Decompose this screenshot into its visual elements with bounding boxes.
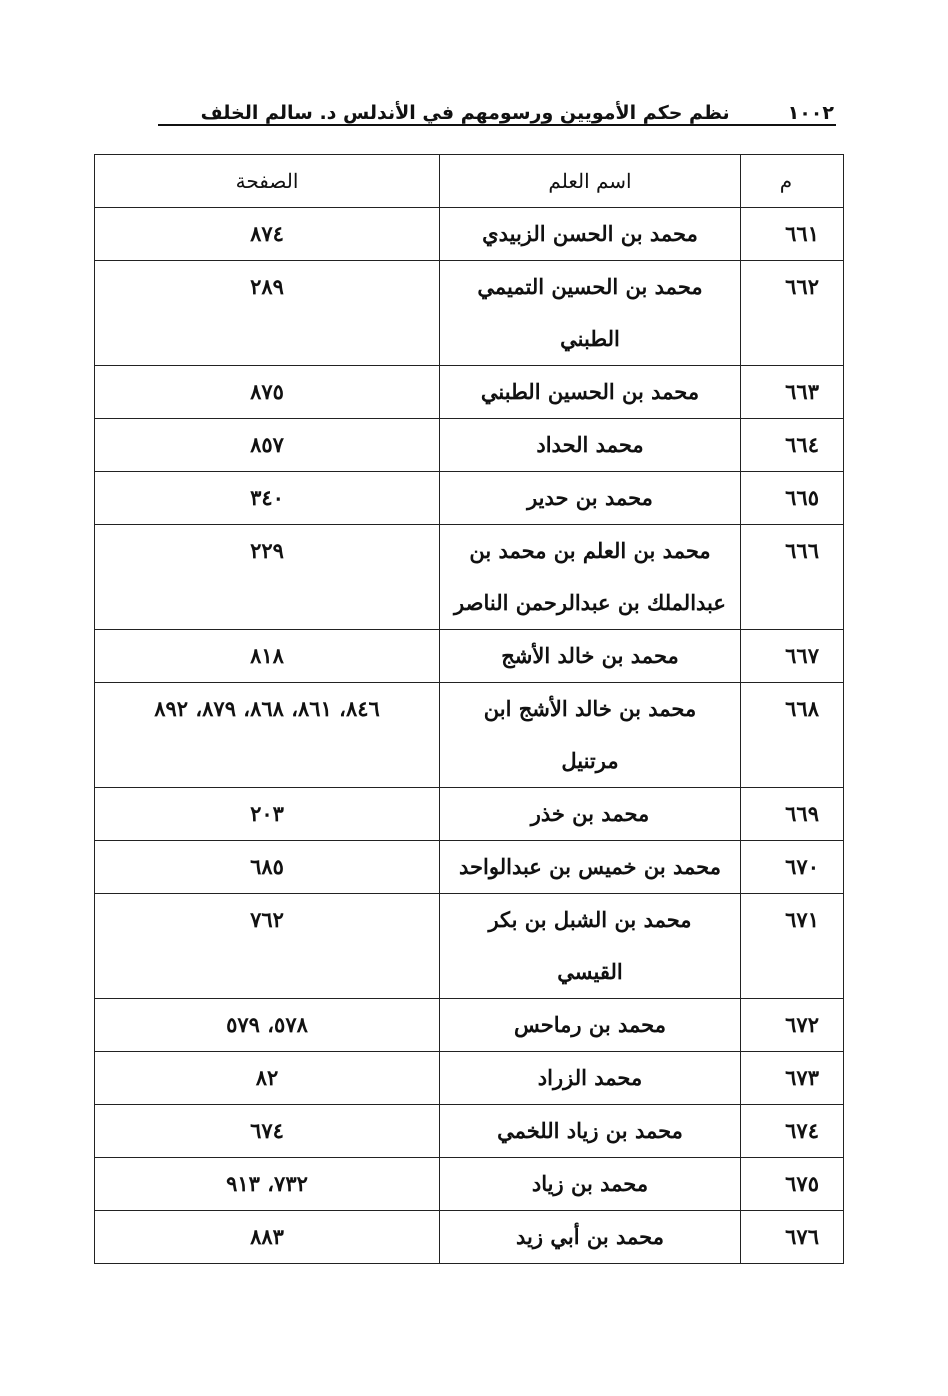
row-name: محمد بن الحسن الزبيدي [440, 208, 740, 260]
table-row: ٦٧٥محمد بن زياد٧٣٢، ٩١٣ [95, 1158, 844, 1211]
row-number: ٦٦٥ [741, 472, 831, 524]
row-name: محمد بن الحسين التميمي الطبني [440, 261, 740, 365]
row-name-cell: محمد بن زياد اللخمي [440, 1105, 741, 1158]
row-pages: ٨٢ [95, 1052, 439, 1104]
row-pages-cell: ٥٧٨، ٥٧٩ [95, 999, 440, 1052]
table-row: ٦٦٢محمد بن الحسين التميمي الطبني٢٨٩ [95, 261, 844, 366]
column-header-number: م [741, 155, 844, 208]
names-index-table: م اسم العلم الصفحة ٦٦١محمد بن الحسن الزب… [94, 154, 844, 1264]
row-name-cell: محمد بن رماحس [440, 999, 741, 1052]
row-number-cell: ٦٧٦ [741, 1211, 844, 1264]
row-name: محمد بن خالد الأشج [440, 630, 740, 682]
table-row: ٦٦٥محمد بن حدير٣٤٠ [95, 472, 844, 525]
row-pages: ٢٠٣ [95, 788, 439, 840]
table-row: ٦٧١محمد بن الشبل بن بكر القيسي٧٦٢ [95, 894, 844, 999]
row-pages: ٥٧٨، ٥٧٩ [95, 999, 439, 1051]
row-pages-cell: ٣٤٠ [95, 472, 440, 525]
row-number: ٦٦٧ [741, 630, 831, 682]
row-number-cell: ٦٦٦ [741, 525, 844, 630]
row-name: محمد بن خميس بن عبدالواحد [440, 841, 740, 893]
row-name: محمد بن زياد [440, 1158, 740, 1210]
row-pages-cell: ٨١٨ [95, 630, 440, 683]
row-name: محمد بن خالد الأشج ابن مرتنيل [440, 683, 740, 787]
row-number-cell: ٦٦٣ [741, 366, 844, 419]
row-pages-cell: ٨٢ [95, 1052, 440, 1105]
row-name-cell: محمد بن حدير [440, 472, 741, 525]
row-pages: ٦٧٤ [95, 1105, 439, 1157]
row-name: محمد الحداد [440, 419, 740, 471]
row-name-cell: محمد بن الحسين التميمي الطبني [440, 261, 741, 366]
row-number-cell: ٦٧٢ [741, 999, 844, 1052]
row-name-cell: محمد بن الحسين الطبني [440, 366, 741, 419]
column-header-name: اسم العلم [440, 155, 741, 208]
row-number: ٦٦٦ [741, 525, 831, 577]
row-name: محمد بن الشبل بن بكر القيسي [440, 894, 740, 998]
table-row: ٦٧٦محمد بن أبي زيد٨٨٣ [95, 1211, 844, 1264]
row-name-cell: محمد بن زياد [440, 1158, 741, 1211]
row-name-cell: محمد بن العلم بن محمد بن عبدالملك بن عبد… [440, 525, 741, 630]
row-number-cell: ٦٦١ [741, 208, 844, 261]
row-number-cell: ٦٦٥ [741, 472, 844, 525]
row-name: محمد بن أبي زيد [440, 1211, 740, 1263]
row-name-cell: محمد بن خميس بن عبدالواحد [440, 841, 741, 894]
book-title: نظم حكم الأمويين ورسومهم في الأندلس د. س… [201, 102, 730, 124]
row-pages: ٨٧٤ [95, 208, 439, 260]
row-pages-cell: ٦٧٤ [95, 1105, 440, 1158]
row-pages: ٢٨٩ [95, 261, 439, 313]
row-name-cell: محمد بن الحسن الزبيدي [440, 208, 741, 261]
row-name-cell: محمد بن خذر [440, 788, 741, 841]
column-header-pages: الصفحة [95, 155, 440, 208]
row-pages-cell: ٧٣٢، ٩١٣ [95, 1158, 440, 1211]
row-number: ٦٧٦ [741, 1211, 831, 1263]
row-name-cell: محمد الزراد [440, 1052, 741, 1105]
row-name: محمد بن العلم بن محمد بن عبدالملك بن عبد… [440, 525, 740, 629]
table-row: ٦٧٤محمد بن زياد اللخمي٦٧٤ [95, 1105, 844, 1158]
row-pages-cell: ٧٦٢ [95, 894, 440, 999]
table-header-row: م اسم العلم الصفحة [95, 155, 844, 208]
row-number-cell: ٦٦٢ [741, 261, 844, 366]
table-row: ٦٧٣محمد الزراد٨٢ [95, 1052, 844, 1105]
table-row: ٦٧٠محمد بن خميس بن عبدالواحد٦٨٥ [95, 841, 844, 894]
row-number-cell: ٦٧٣ [741, 1052, 844, 1105]
row-pages: ٨٥٧ [95, 419, 439, 471]
row-number-cell: ٦٦٩ [741, 788, 844, 841]
row-number: ٦٦٤ [741, 419, 831, 471]
table-row: ٦٦٧محمد بن خالد الأشج٨١٨ [95, 630, 844, 683]
row-pages: ٨٧٥ [95, 366, 439, 418]
row-pages-cell: ٨٧٥ [95, 366, 440, 419]
row-number: ٦٦٩ [741, 788, 831, 840]
page-number: ١٠٠٢ [788, 102, 834, 124]
row-name: محمد بن خذر [440, 788, 740, 840]
row-pages: ٨١٨ [95, 630, 439, 682]
row-number-cell: ٦٦٤ [741, 419, 844, 472]
row-pages: ٨٤٦، ٨٦١، ٨٦٨، ٨٧٩، ٨٩٢ [95, 683, 439, 735]
row-pages-cell: ٢٢٩ [95, 525, 440, 630]
row-pages: ٧٣٢، ٩١٣ [95, 1158, 439, 1210]
row-name: محمد بن حدير [440, 472, 740, 524]
row-number: ٦٧٣ [741, 1052, 831, 1104]
row-number: ٦٦٨ [741, 683, 831, 735]
row-pages: ٢٢٩ [95, 525, 439, 577]
row-number: ٦٧٢ [741, 999, 831, 1051]
row-pages: ٧٦٢ [95, 894, 439, 946]
table-row: ٦٦٦محمد بن العلم بن محمد بن عبدالملك بن … [95, 525, 844, 630]
row-name: محمد بن الحسين الطبني [440, 366, 740, 418]
row-name: محمد بن زياد اللخمي [440, 1105, 740, 1157]
row-number: ٦٧٤ [741, 1105, 831, 1157]
table-row: ٦٦١محمد بن الحسن الزبيدي٨٧٤ [95, 208, 844, 261]
table-row: ٦٦٤محمد الحداد٨٥٧ [95, 419, 844, 472]
row-number-cell: ٦٧٤ [741, 1105, 844, 1158]
table-row: ٦٧٢محمد بن رماحس٥٧٨، ٥٧٩ [95, 999, 844, 1052]
row-number-cell: ٦٧٥ [741, 1158, 844, 1211]
table-row: ٦٦٩محمد بن خذر٢٠٣ [95, 788, 844, 841]
row-name: محمد بن رماحس [440, 999, 740, 1051]
row-number: ٦٦٢ [741, 261, 831, 313]
row-pages: ٨٨٣ [95, 1211, 439, 1263]
running-head: ١٠٠٢ نظم حكم الأمويين ورسومهم في الأندلس… [158, 88, 836, 126]
row-number: ٦٧١ [741, 894, 831, 946]
row-pages-cell: ٢٠٣ [95, 788, 440, 841]
table-row: ٦٦٨محمد بن خالد الأشج ابن مرتنيل٨٤٦، ٨٦١… [95, 683, 844, 788]
row-pages-cell: ٨٧٤ [95, 208, 440, 261]
row-name-cell: محمد بن خالد الأشج [440, 630, 741, 683]
row-pages-cell: ٨٨٣ [95, 1211, 440, 1264]
row-name-cell: محمد بن خالد الأشج ابن مرتنيل [440, 683, 741, 788]
row-pages-cell: ٨٥٧ [95, 419, 440, 472]
table-row: ٦٦٣محمد بن الحسين الطبني٨٧٥ [95, 366, 844, 419]
row-name-cell: محمد بن الشبل بن بكر القيسي [440, 894, 741, 999]
row-number: ٦٦٣ [741, 366, 831, 418]
row-name: محمد الزراد [440, 1052, 740, 1104]
row-pages: ٦٨٥ [95, 841, 439, 893]
row-number-cell: ٦٧١ [741, 894, 844, 999]
row-number: ٦٧٥ [741, 1158, 831, 1210]
row-pages: ٣٤٠ [95, 472, 439, 524]
row-pages-cell: ٢٨٩ [95, 261, 440, 366]
row-number-cell: ٦٦٧ [741, 630, 844, 683]
row-pages-cell: ٨٤٦، ٨٦١، ٨٦٨، ٨٧٩، ٨٩٢ [95, 683, 440, 788]
row-number-cell: ٦٦٨ [741, 683, 844, 788]
row-number: ٦٦١ [741, 208, 831, 260]
row-number-cell: ٦٧٠ [741, 841, 844, 894]
row-name-cell: محمد بن أبي زيد [440, 1211, 741, 1264]
row-pages-cell: ٦٨٥ [95, 841, 440, 894]
row-number: ٦٧٠ [741, 841, 831, 893]
row-name-cell: محمد الحداد [440, 419, 741, 472]
